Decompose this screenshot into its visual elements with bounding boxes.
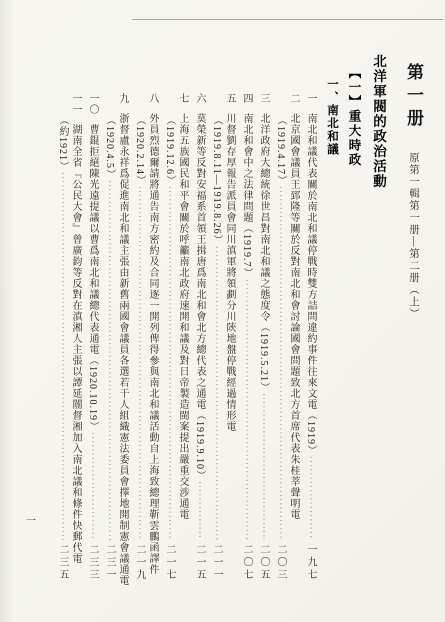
page-number: 一九七 [304,540,317,582]
item-title: 外員烈德爾請將通告南方密約及合同逐一開列俾得參與南北和議活動自上海致總理靳雲鵬函… [147,113,158,575]
dotted-leader: ········································… [240,279,253,540]
item-date: （1919.8.11—1919.8.26） [210,115,223,246]
item-number: 一一 [70,93,81,115]
page-number: 二〇五 [257,540,270,582]
scanned-book-page: 第一册 原第一輯第一册—第二册（上） 北洋軍閥的政治活動 【一】重大時政 一、南… [0,0,445,622]
item-title: 川督劉存厚報告派員會同川滇軍將領劃分川陝地盤停戰經過情形電 [224,113,235,432]
toc-line: 一一湖南全省『公民大會』曾廣鈞等反對在滇湘人主張以譚延闓督湘加入南北議和條件快郵… [69,33,82,589]
item-number: 六 [193,93,206,104]
book-section-title: 北洋軍閥的政治活動 [370,33,387,589]
page-number: 二一一 [210,540,223,582]
toc-line: 一〇 曹錕拒絕陳光遠提議以曹爲南北和議總代表通電 （1920.10.19） ··… [86,33,99,589]
toc-item: 一一湖南全省『公民大會』曾廣鈞等反對在滇湘人主張以譚延闓督湘加入南北議和條件快郵… [56,33,82,589]
chapter-title: 【一】重大時政 [346,33,362,589]
toc-line: 三 北洋政府大總統徐世昌對南北和議之態度令 （1919.5.21） ······… [257,33,270,589]
toc-line: （約1921） ································… [56,33,69,589]
toc-item: 一 南北和議代表關於南北和議停戰時雙方詰問違約事件往來文電 （1919） ···… [304,33,317,589]
item-date: （1919.5.21） [257,322,270,393]
page-number: 二一五 [193,540,206,582]
dotted-leader: ········································… [86,432,99,540]
dotted-leader: ········································… [193,481,206,540]
dotted-leader: ········································… [210,246,223,540]
item-number: 一 [304,93,317,104]
page-number: 二三五 [56,540,69,582]
toc-item: 五川督劉存厚報告派員會同川滇軍將領劃分川陝地盤停戰經過情形電 （1919.8.1… [210,33,236,589]
item-date: （1919.12.6） [163,115,176,186]
dotted-leader: ········································… [304,456,317,540]
toc-line: 一 南北和議代表關於南北和議停戰時雙方詰問違約事件往來文電 （1919） ···… [304,33,317,589]
item-number: 五 [224,93,235,104]
item-title: 湖南全省『公民大會』曾廣鈞等反對在滇湘人主張以譚延闓督湘加入南北議和條件快郵代電 [70,124,81,564]
item-title: 莫榮新等反對安福系首領王揖唐爲南北和會北方總代表之通電 [193,113,206,410]
toc-line: （1920.2.14） ····························… [133,33,146,589]
dotted-leader: ········································… [274,186,287,540]
item-title: 浙督盧永祥爲促進南北和議主張由新舊兩國會議員各選若干人組織憲法委員會擇地開制憲會… [117,113,128,586]
toc-line: （1919.4.17） ····························… [274,33,287,589]
item-date: （1920.10.19） [86,355,99,432]
toc-line: 九浙督盧永祥爲促進南北和議主張由新舊兩國會議員各選若干人組織憲法委員會擇地開制憲… [116,33,129,589]
volume-header: 第一册 原第一輯第一册—第二册（上） [401,33,425,589]
item-date: （1919.4.17） [274,115,287,186]
toc-line: （1919.12.6） ····························… [163,33,176,589]
item-number: 四 [240,93,253,104]
item-number: 三 [257,93,270,104]
volume-subtitle: 原第一輯第一册—第二册（上） [408,136,419,320]
toc-item: 一〇 曹錕拒絕陳光遠提議以曹爲南北和議總代表通電 （1920.10.19） ··… [86,33,99,589]
item-title: 曹錕拒絕陳光遠提議以曹爲南北和議總代表通電 [86,124,99,355]
toc-item: 六 莫榮新等反對安福系首領王揖唐爲南北和會北方總代表之通電 （1919.9.10… [193,33,206,589]
page-number: 二三三 [86,540,99,582]
item-title: 上海五族國民和平會關於呼籲南北政府速開和議及對日帝製造閩案提出嚴重交涉通電 [177,113,188,520]
dotted-leader: ········································… [56,172,69,540]
toc-line: 二北京國會議員王郅隆等關於反對南北和會討論國會問題致北方首席代表朱桂莘聲明電 [287,33,300,589]
item-date: （1920.2.14） [133,115,146,186]
page-number: 二一七 [163,540,176,582]
toc-line: 四 南北和會中之法律問題 （1919.7） ··················… [240,33,253,589]
volume-title: 第一册 [404,63,423,132]
folio-page-number: 一 [26,512,36,527]
toc-line: （1919.8.11—1919.8.26） ··················… [210,33,223,589]
item-number: 七 [177,93,188,104]
page-number: 二一九 [133,540,146,582]
item-date: （1920.4.5） [103,115,116,180]
toc-item: 三 北洋政府大總統徐世昌對南北和議之態度令 （1919.5.21） ······… [257,33,270,589]
page-number: 二〇七 [240,540,253,582]
item-title: 南北和會中之法律問題 [240,113,253,223]
item-title: 北京國會議員王郅隆等關於反對南北和會討論國會問題致北方首席代表朱桂莘聲明電 [288,113,299,520]
page-number: 二三一 [103,540,116,582]
dotted-leader: ········································… [103,180,116,540]
dotted-leader: ········································… [133,186,146,540]
toc-item: 九浙督盧永祥爲促進南北和議主張由新舊兩國會議員各選若干人組織憲法委員會擇地開制憲… [103,33,129,589]
item-date: （1919.7） [240,223,253,279]
item-title: 北洋政府大總統徐世昌對南北和議之態度令 [257,113,270,322]
dotted-leader: ········································… [163,186,176,540]
toc-item: 四 南北和會中之法律問題 （1919.7） ··················… [240,33,253,589]
subsection-title: 一、南北和議 [324,33,339,589]
item-number: 二 [288,93,299,104]
toc-item: 八外員烈德爾請將通告南方密約及合同逐一開列俾得參與南北和議活動自上海致總理靳雲鵬… [133,33,159,589]
toc-line: 七上海五族國民和平會關於呼籲南北政府速開和議及對日帝製造閩案提出嚴重交涉通電 [176,33,189,589]
dotted-leader: ········································… [257,393,270,540]
toc-content: 第一册 原第一輯第一册—第二册（上） 北洋軍閥的政治活動 【一】重大時政 一、南… [0,0,445,622]
page-number: 二〇三 [274,540,287,582]
item-number: 一〇 [86,93,99,115]
item-date: （1919） [304,410,317,456]
item-number: 八 [147,93,158,104]
toc-line: 八外員烈德爾請將通告南方密約及合同逐一開列俾得參與南北和議活動自上海致總理靳雲鵬… [146,33,159,589]
item-number: 九 [117,93,128,104]
item-date: （1919.9.10） [193,410,206,481]
toc-line: （1920.4.5） ·····························… [103,33,116,589]
toc-item: 七上海五族國民和平會關於呼籲南北政府速開和議及對日帝製造閩案提出嚴重交涉通電 （… [163,33,189,589]
toc-line: 六 莫榮新等反對安福系首領王揖唐爲南北和會北方總代表之通電 （1919.9.10… [193,33,206,589]
toc-line: 五川督劉存厚報告派員會同川滇軍將領劃分川陝地盤停戰經過情形電 [223,33,236,589]
item-title: 南北和議代表關於南北和議停戰時雙方詰問違約事件往來文電 [304,113,317,410]
toc-item: 二北京國會議員王郅隆等關於反對南北和會討論國會問題致北方首席代表朱桂莘聲明電 （… [274,33,300,589]
item-date: （約1921） [56,115,69,172]
